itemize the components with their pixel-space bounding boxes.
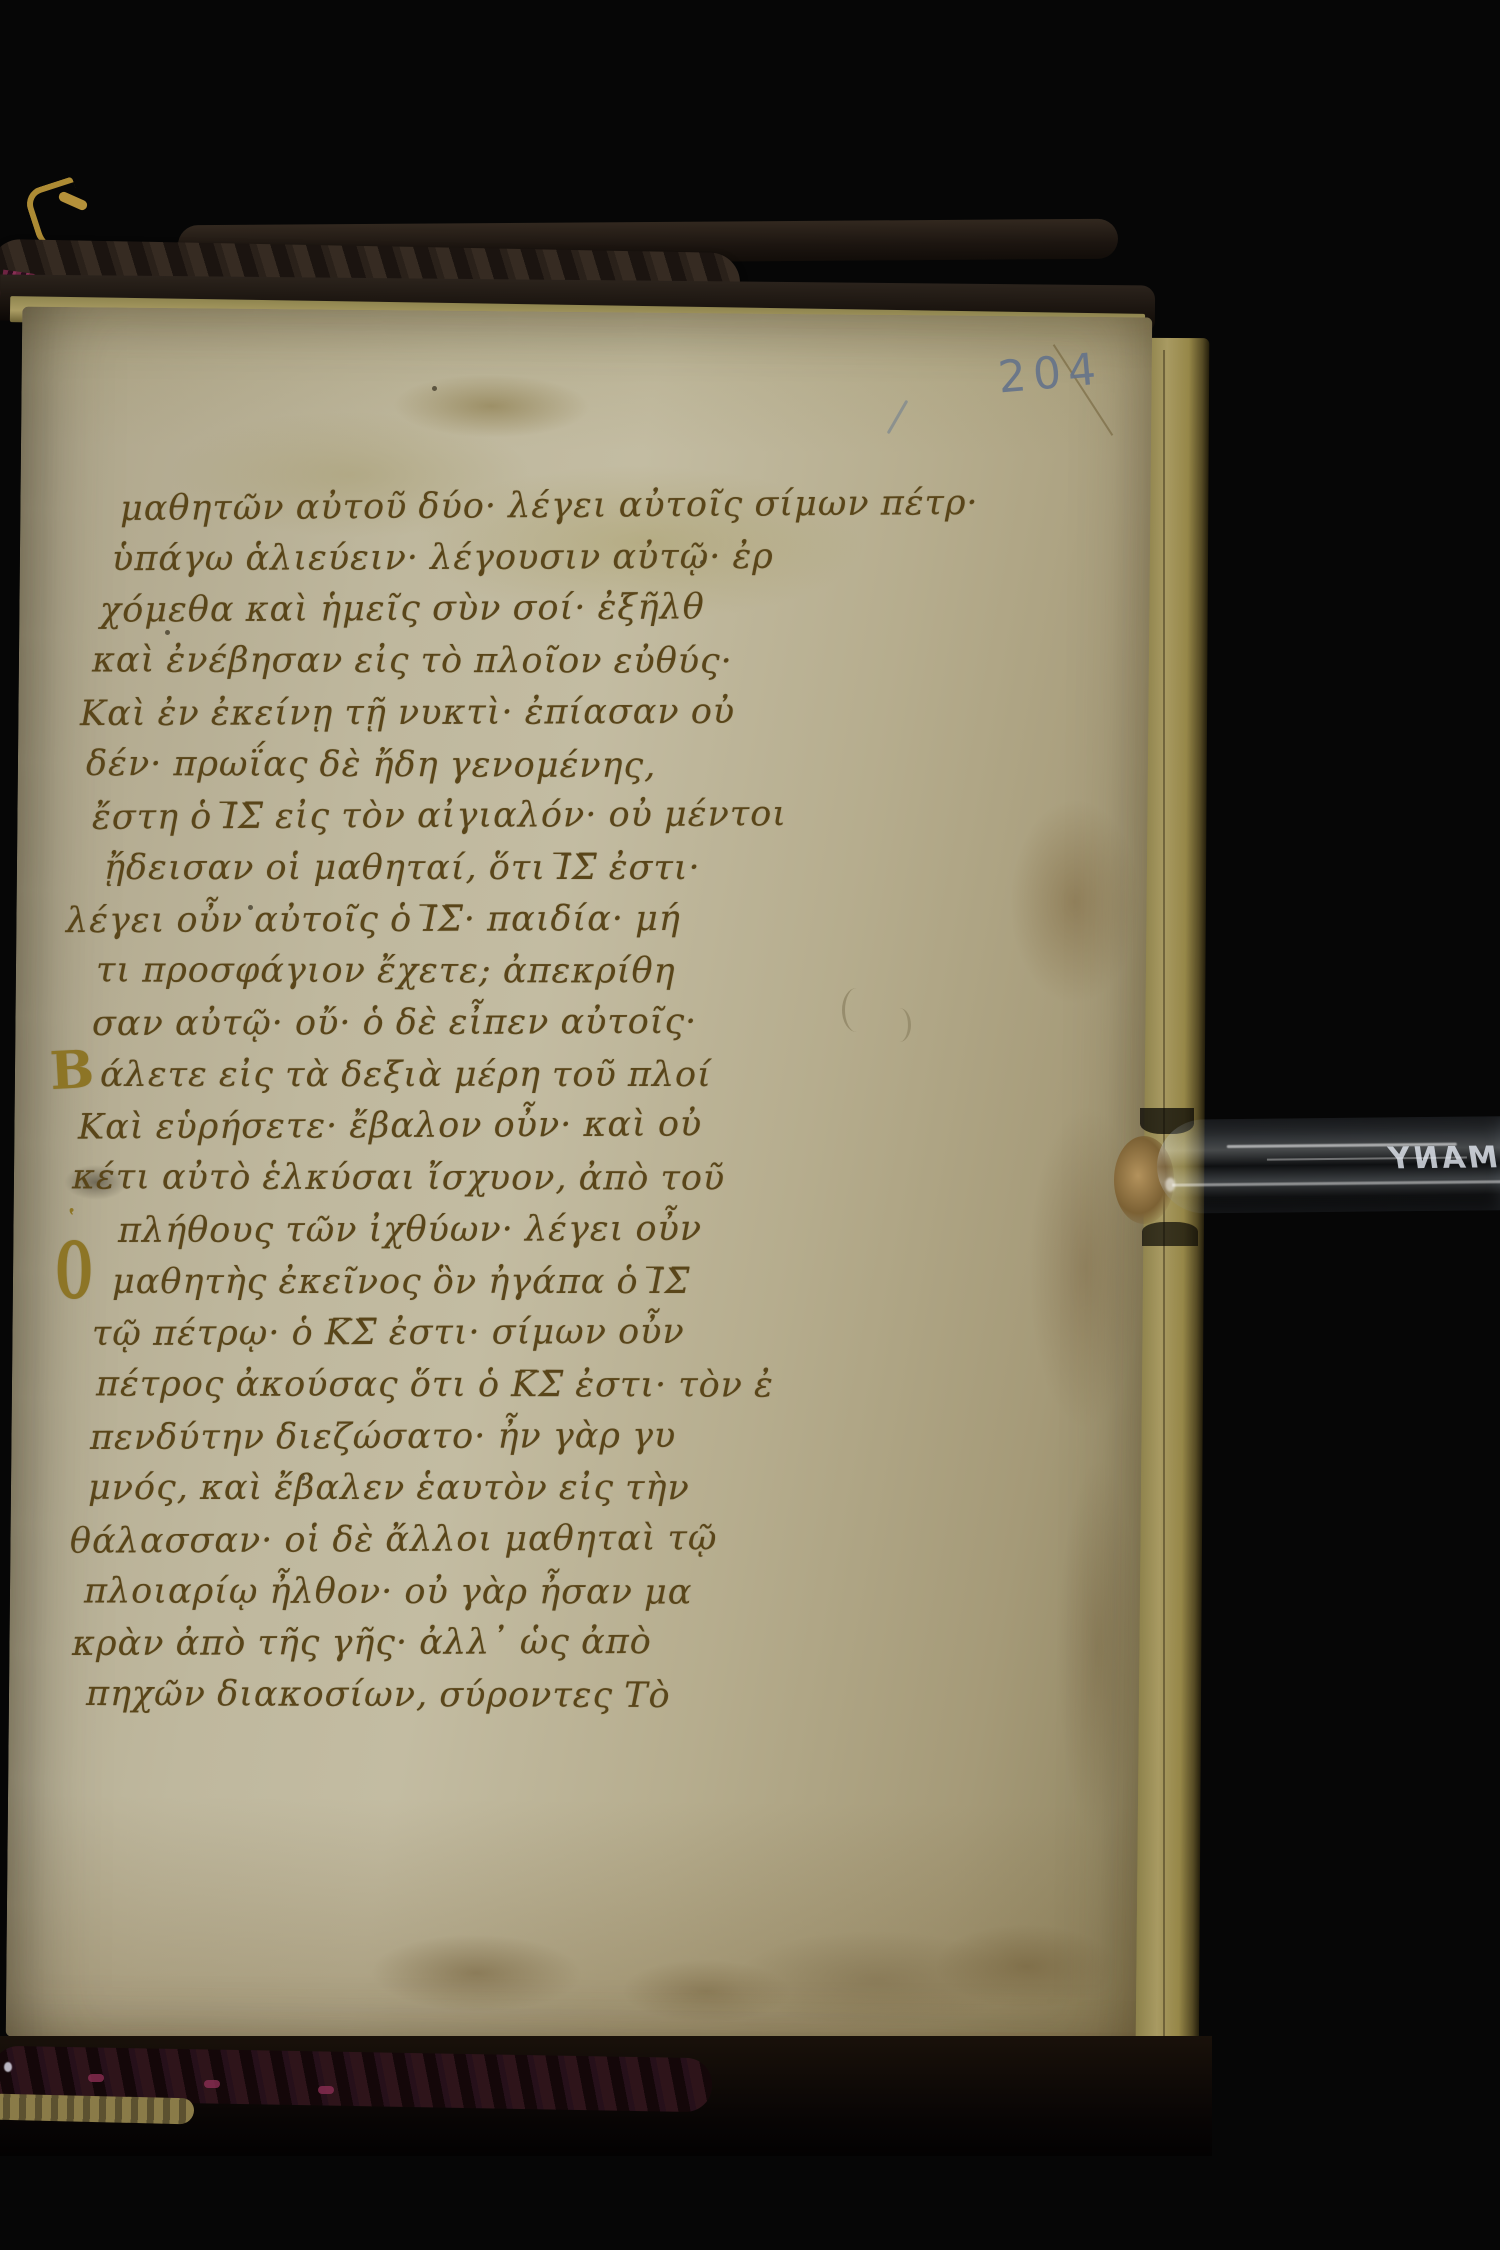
manuscript-line: λέγει οὖν αὐτοῖς ὁ Ι̅Σ̅· παιδία· μή <box>66 899 681 941</box>
marginal-initial-omicron: Ο <box>56 1226 92 1318</box>
manuscript-line: μαθητὴς ἐκεῖνος ὃν ἠγάπα ὁ Ι̅Σ̅ <box>112 1262 690 1302</box>
manuscript-line: Καὶ ἐν ἐκείνῃ τῇ νυκτὶ· ἐπίασαν οὐ <box>80 692 735 734</box>
manuscript-line: πενδύτην διεζώσατο· ἦν γὰρ γυ <box>90 1416 676 1458</box>
manuscript-line: τῷ πέτρῳ· ὁ Κ̅Σ̅ ἐστι· σίμων οὖν <box>92 1312 685 1354</box>
manuscript-line: ἔστη ὁ Ι̅Σ̅ εἰς τὸν αἰγιαλόν· οὐ μέντοι <box>92 794 787 838</box>
tailband-thread-pink <box>88 2074 104 2082</box>
manuscript-line: πλήθους τῶν ἰχθύων· λέγει οὖν <box>118 1209 702 1251</box>
rod-glint <box>1165 1178 1175 1192</box>
manuscript-line: θάλασσαν· οἱ δὲ ἄλλοι μαθηταὶ τῷ <box>70 1518 718 1561</box>
manuscript-line: Καὶ εὑρήσετε· ἔβαλον οὖν· καὶ οὐ <box>78 1105 702 1148</box>
rod-highlight <box>1172 1180 1500 1186</box>
manuscript-line: πέτρος ἀκούσας ὅτι ὁ Κ̅Σ̅ ἐστι· τὸν ἐ <box>96 1364 774 1405</box>
rod-engraving-mirrored: MANY <box>1383 1140 1500 1176</box>
manuscript-line: τι προσφάγιον ἔχετε; ἀπεκρίθη <box>96 951 676 992</box>
manuscript-line: κρὰν ἀπὸ τῆς γῆς· ἀλλ᾽ ὡς ἀπὸ <box>72 1622 652 1664</box>
manuscript-line: δέν· πρωΐας δὲ ἤδη γενομένης, <box>86 744 656 786</box>
manuscript-line: χόμεθα καὶ ἡμεῖς σὺν σοί· ἐξῆλθ <box>100 588 705 631</box>
manuscript-line: ᾔδεισαν οἱ μαθηταί, ὅτι Ι̅Σ̅ ἐστι· <box>104 848 701 888</box>
manuscript-line: πηχῶν διακοσίων, σύροντες Τὸ <box>86 1674 671 1716</box>
marginal-initial-beta: Β <box>48 1039 95 1102</box>
fore-edge-notch <box>1142 1222 1198 1246</box>
manuscript-photo: 204 μαθητῶν αὐτοῦ δύο· λέγει αὐτοῖς σίμω… <box>0 0 1500 2250</box>
manuscript-line: σαν αὐτῷ· οὔ· ὁ δὲ εἶπεν αὐτοῖς· <box>92 1002 697 1044</box>
tailband-thread-pink <box>204 2080 220 2088</box>
manuscript-line: άλετε εἰς τὰ δεξιὰ μέρη τοῦ πλοί <box>100 1055 712 1095</box>
tailband-glint <box>4 2062 12 2072</box>
manuscript-line: μνός, καὶ ἔβαλεν ἑαυτὸν εἰς τὴν <box>88 1468 690 1508</box>
manuscript-line: κέτι αὐτὸ ἑλκύσαι ἴσχυον, ἀπὸ τοῦ <box>72 1158 725 1199</box>
manuscript-line: καὶ ἐνέβησαν εἰς τὸ πλοῖον εὐθύς· <box>92 641 733 682</box>
manuscript-line: ὑπάγω ἁλιεύειν· λέγουσιν αὐτῷ· ἐρ <box>112 537 774 579</box>
manuscript-line: πλοιαρίῳ ἦλθον· οὐ γὰρ ἦσαν μα <box>84 1571 692 1612</box>
glass-rod-pointer: MANY <box>1157 1116 1500 1214</box>
tailband-fray <box>0 2094 194 2125</box>
manuscript-line: μαθητῶν αὐτοῦ δύο· λέγει αὐτοῖς σίμων πέ… <box>120 483 979 529</box>
tailband-thread-pink <box>318 2086 334 2094</box>
